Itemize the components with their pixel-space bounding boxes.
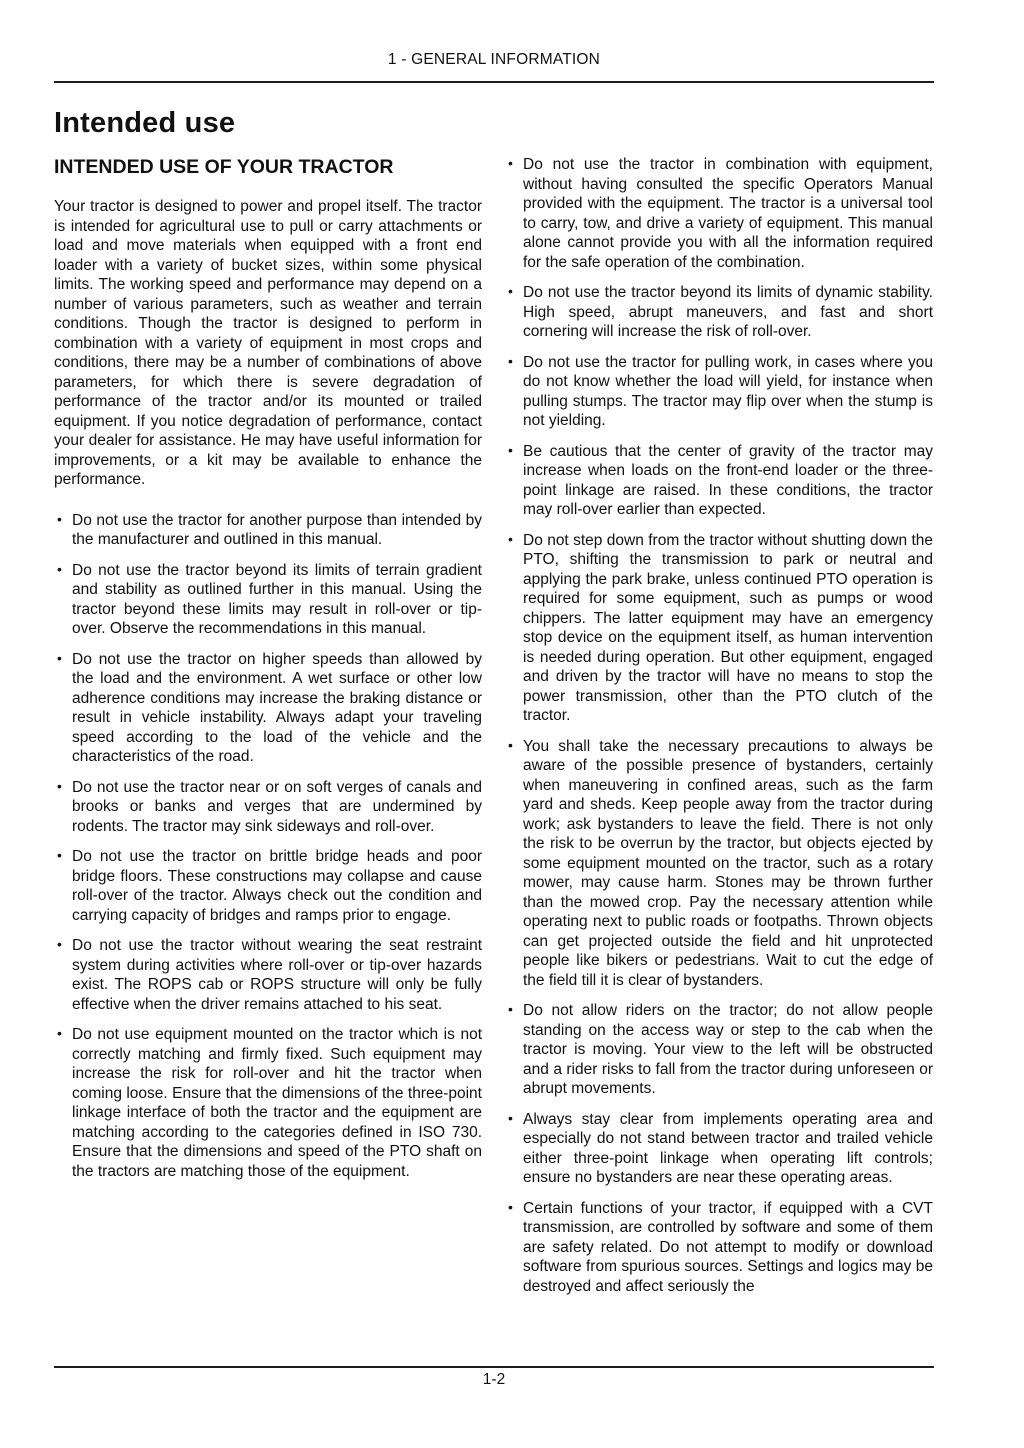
intro-paragraph: Your tractor is designed to power and pr… xyxy=(54,197,482,490)
bullet-item: Do not use the tractor in combination wi… xyxy=(505,155,933,272)
manual-page: 1 - GENERAL INFORMATION Intended use INT… xyxy=(0,0,1024,1448)
bullet-item: Always stay clear from implements operat… xyxy=(505,1110,933,1188)
right-bullet-list: Do not use the tractor in combination wi… xyxy=(505,155,933,1296)
chapter-running-head: 1 - GENERAL INFORMATION xyxy=(54,0,934,70)
bullet-item: Do not use the tractor for pulling work,… xyxy=(505,353,933,431)
bullet-item: Do not use the tractor without wearing t… xyxy=(54,936,482,1014)
footer-rule xyxy=(54,1366,934,1368)
right-column: Do not use the tractor in combination wi… xyxy=(505,155,933,1307)
page-title: Intended use xyxy=(54,107,934,139)
header-rule xyxy=(54,81,934,83)
bullet-item: Do not use the tractor on brittle bridge… xyxy=(54,847,482,925)
bullet-item: You shall take the necessary precautions… xyxy=(505,737,933,991)
bullet-item: Do not use equipment mounted on the trac… xyxy=(54,1025,482,1181)
two-column-layout: INTENDED USE OF YOUR TRACTOR Your tracto… xyxy=(54,155,934,1307)
bullet-item: Do not use the tractor beyond its limits… xyxy=(54,561,482,639)
bullet-item: Do not use the tractor for another purpo… xyxy=(54,511,482,550)
bullet-item: Certain functions of your tractor, if eq… xyxy=(505,1199,933,1297)
bullet-item: Be cautious that the center of gravity o… xyxy=(505,442,933,520)
left-bullet-list: Do not use the tractor for another purpo… xyxy=(54,511,482,1182)
page-footer: 1-2 xyxy=(54,1366,934,1389)
bullet-item: Do not use the tractor on higher speeds … xyxy=(54,650,482,767)
bullet-item: Do not allow riders on the tractor; do n… xyxy=(505,1001,933,1099)
page-content: 1 - GENERAL INFORMATION Intended use INT… xyxy=(54,0,934,1307)
bullet-item: Do not use the tractor near or on soft v… xyxy=(54,778,482,837)
section-heading: INTENDED USE OF YOUR TRACTOR xyxy=(54,155,482,179)
page-number: 1-2 xyxy=(54,1371,934,1389)
bullet-item: Do not use the tractor beyond its limits… xyxy=(505,283,933,342)
bullet-item: Do not step down from the tractor withou… xyxy=(505,531,933,726)
left-column: INTENDED USE OF YOUR TRACTOR Your tracto… xyxy=(54,155,482,1307)
